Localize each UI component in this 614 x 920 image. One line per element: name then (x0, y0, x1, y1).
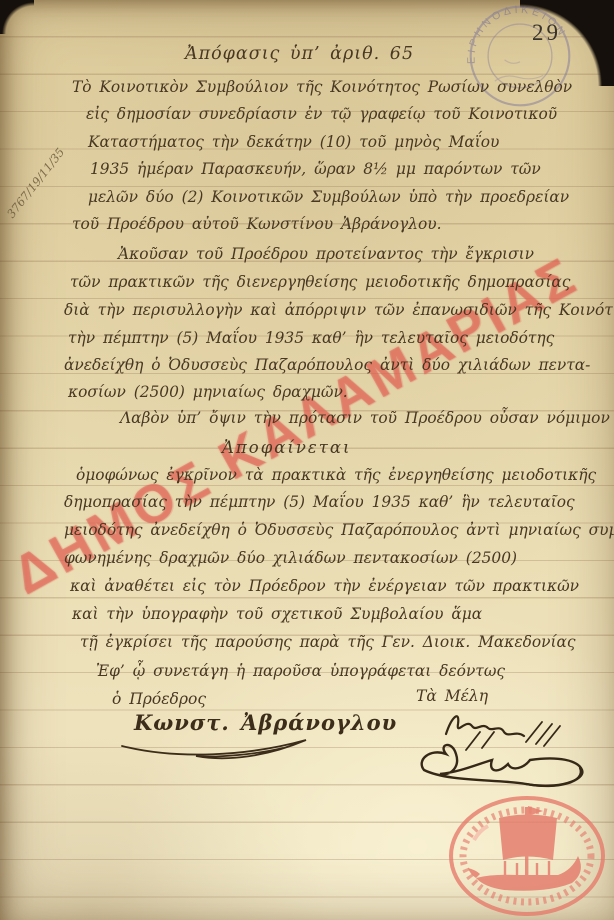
handwritten-line: εἰς δημοσίαν συνεδρίασιν ἐν τῷ γραφείῳ τ… (86, 105, 557, 123)
handwritten-line: 1935 ἡμέραν Παρασκευήν, ὥραν 8½ μμ παρόν… (90, 160, 541, 178)
handwritten-line: διὰ τὴν περισυλλογὴν καὶ ἀπόρριψιν τῶν ἐ… (64, 301, 614, 319)
handwritten-line: φωνημένης δραχμῶν δύο χιλιάδων πεντακοσί… (64, 549, 517, 567)
handwritten-line: ἀνεδείχθη ὁ Ὀδυσσεὺς Παζαρόπουλος ἀντὶ δ… (64, 356, 590, 374)
handwritten-line: Ἐφ’ ᾧ συνετάγη ἡ παροῦσα ὑπογράφεται δεό… (96, 662, 505, 680)
galley-oval-stamp (446, 794, 608, 918)
handwritten-line: δημοπρασίας τὴν πέμπτην (5) Μαΐου 1935 κ… (64, 493, 575, 511)
decision-heading: Ἀπόφασις ὑπ’ ἀριθ. 65 (185, 44, 414, 64)
member-signatures (408, 698, 598, 798)
handwritten-line: κοσίων (2500) μηνιαίως δραχμῶν. (68, 383, 348, 401)
handwritten-line: τὴν πέμπτην (5) Μαΐου 1935 καθ’ ἣν τελευ… (68, 329, 554, 347)
verdict-word: Ἀποφαίνεται (222, 438, 351, 457)
scan-corner-top-left (0, 0, 34, 34)
manuscript-page: ΕΙΡΗΝΟΔΙΚΕΙΟΝ 29 3767/19/11/35 ΔΗΜΟΣ ΚΑΛ… (0, 0, 614, 920)
page-number: 29 (532, 20, 561, 46)
handwritten-line: Ἀκοῦσαν τοῦ Προέδρου προτείναντος τὴν ἔγ… (118, 245, 534, 263)
handwritten-line: μελῶν δύο (2) Κοινοτικῶν Συμβούλων ὑπὸ τ… (88, 188, 569, 206)
handwritten-line: ὁμοφώνως ἐγκρῖνον τὰ πρακτικὰ τῆς ἐνεργη… (76, 466, 596, 484)
handwritten-line: τῶν πρακτικῶν τῆς διενεργηθείσης μειοδοτ… (70, 273, 570, 291)
handwritten-line: μειοδότης ἀνεδείχθη ὁ Ὀδυσσεὺς Παζαρόπου… (64, 521, 614, 539)
handwritten-line: καὶ ἀναθέτει εἰς τὸν Πρόεδρον τὴν ἐνέργε… (70, 577, 579, 595)
handwritten-line: Λαβὸν ὑπ’ ὄψιν τὴν πρότασιν τοῦ Προέδρου… (120, 409, 610, 427)
president-signature: Κωνστ. Ἀβράνογλου (134, 710, 397, 735)
margin-filing-note: 3767/19/11/35 (4, 145, 67, 220)
handwritten-line: τῇ ἐγκρίσει τῆς παρούσης παρὰ τῆς Γεν. Δ… (80, 633, 576, 651)
handwritten-line: Καταστήματος τὴν δεκάτην (10) τοῦ μηνὸς … (88, 133, 499, 151)
handwritten-line: τοῦ Προέδρου αὐτοῦ Κωνστίνου Ἀβράνογλου. (72, 215, 442, 233)
signature-flourish (118, 736, 318, 762)
handwritten-line: Τὸ Κοινοτικὸν Συμβούλιον τῆς Κοινότητος … (72, 78, 572, 96)
president-label: ὁ Πρόεδρος (112, 690, 206, 708)
scanned-document: ΕΙΡΗΝΟΔΙΚΕΙΟΝ 29 3767/19/11/35 ΔΗΜΟΣ ΚΑΛ… (0, 0, 614, 920)
handwritten-line: καὶ τὴν ὑπογραφὴν τοῦ σχετικοῦ Συμβολαίο… (72, 605, 482, 623)
